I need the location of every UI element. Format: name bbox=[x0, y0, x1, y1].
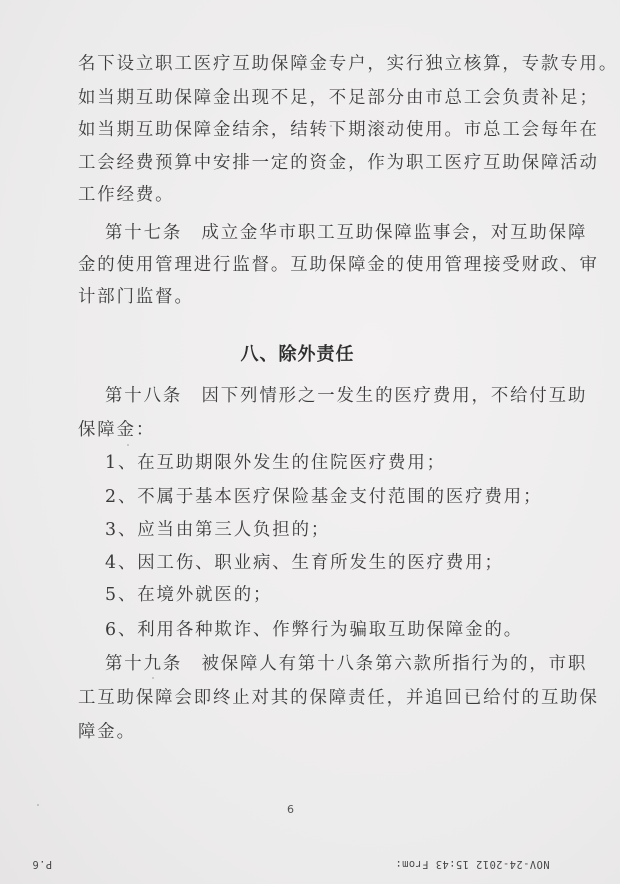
scan-speck bbox=[152, 677, 154, 679]
scan-speck bbox=[150, 186, 152, 188]
text-line: 名下设立职工医疗互助保障金专户，实行独立核算，专款专用。 bbox=[78, 52, 528, 76]
exclusion-item: 2、不属于基本医疗保险基金支付范围的医疗费用； bbox=[105, 485, 555, 509]
exclusion-item: 3、应当由第三人负担的； bbox=[105, 518, 555, 542]
text-line: 工作经费。 bbox=[78, 183, 528, 207]
scan-speck bbox=[37, 804, 39, 806]
article-17-line: 计部门监督。 bbox=[78, 285, 528, 309]
article-19-line: 工互助保障会即终止对其的保障责任，并追回已给付的互助保 bbox=[78, 686, 528, 710]
text-line: 如当期互助保障金出现不足，不足部分由市总工会负责补足； bbox=[78, 86, 528, 110]
fax-page-label: P.6 bbox=[32, 858, 52, 870]
page-number: 6 bbox=[287, 803, 294, 816]
scan-speck bbox=[127, 444, 129, 446]
exclusion-item: 1、在互助期限外发生的住院医疗费用； bbox=[105, 451, 555, 475]
text-line: 如当期互助保障金结余，结转下期滚动使用。市总工会每年在 bbox=[78, 118, 528, 142]
scanned-page: 名下设立职工医疗互助保障金专户，实行独立核算，专款专用。 如当期互助保障金出现不… bbox=[0, 0, 620, 884]
article-18-line: 第十八条 因下列情形之一发生的医疗费用，不给付互助 bbox=[105, 384, 555, 408]
exclusion-item: 6、利用各种欺诈、作弊行为骗取互助保障金的。 bbox=[105, 618, 555, 642]
article-17-line: 第十七条 成立金华市职工互助保障监事会，对互助保障 bbox=[105, 221, 555, 245]
article-17-line: 金的使用管理进行监督。互助保障金的使用管理接受财政、审 bbox=[78, 253, 528, 277]
scan-speck bbox=[330, 125, 332, 127]
section-heading: 八、除外责任 bbox=[0, 342, 595, 368]
article-19-line: 障金。 bbox=[78, 720, 528, 744]
article-18-line: 保障金： bbox=[78, 418, 528, 442]
exclusion-item: 4、因工伤、职业病、生育所发生的医疗费用； bbox=[105, 551, 555, 575]
text-line: 工会经费预算中安排一定的资金，作为职工医疗互助保障活动 bbox=[78, 151, 528, 175]
fax-timestamp-header: NOV-24-2012 15:43 From: bbox=[395, 858, 550, 870]
article-19-line: 第十九条 被保障人有第十八条第六款所指行为的，市职 bbox=[105, 652, 555, 676]
exclusion-item: 5、在境外就医的； bbox=[105, 583, 555, 607]
